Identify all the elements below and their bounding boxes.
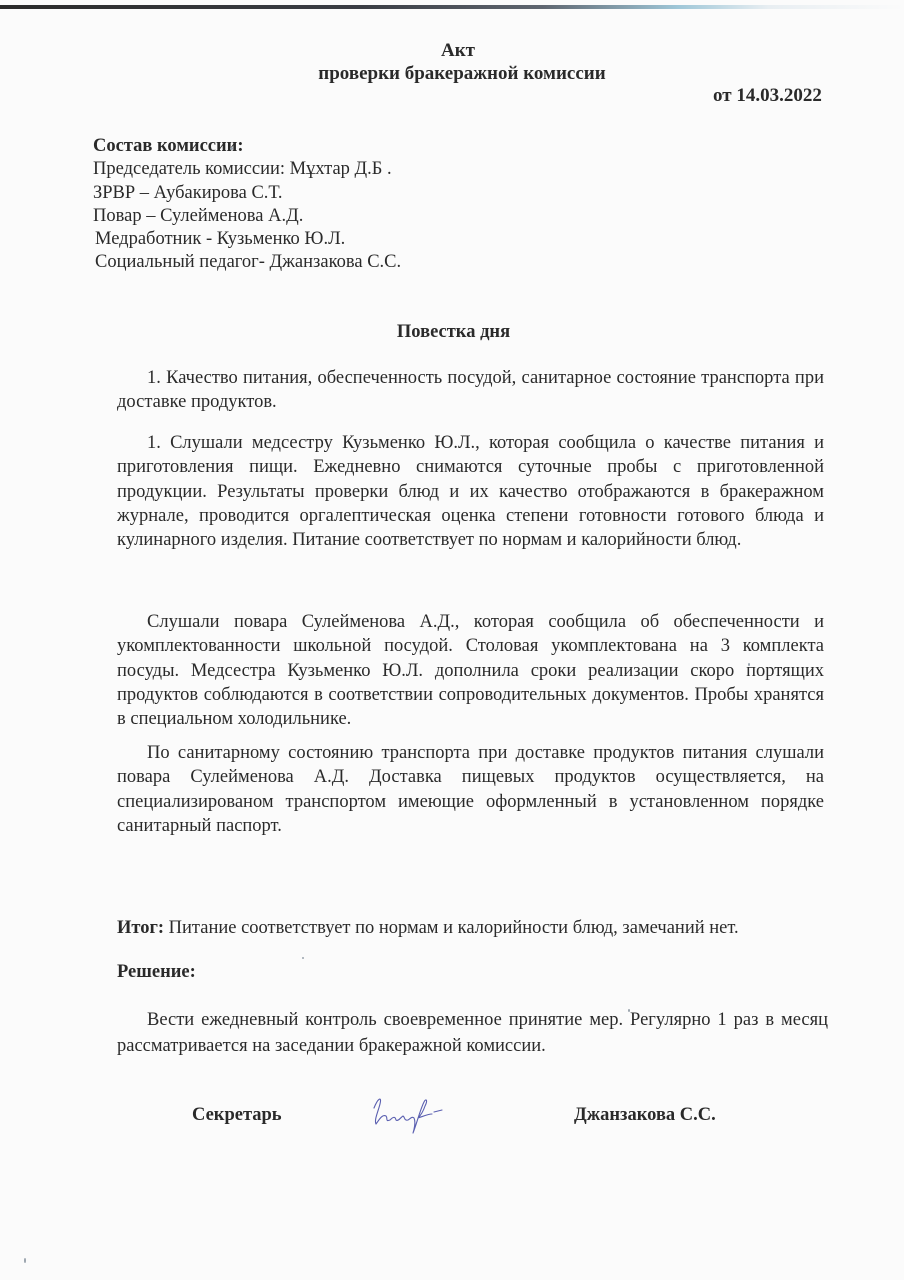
scan-speck [302, 957, 304, 959]
committee-member-cook: Повар – Сулейменова А.Д. [93, 205, 401, 228]
summary-label: Итог: [117, 918, 164, 938]
document-date: от 14.03.2022 [713, 85, 822, 107]
secretary-name: Джанзакова С.С. [574, 1105, 716, 1126]
decision-heading: Решение: [117, 962, 196, 983]
scan-speck [748, 663, 750, 666]
document-subtitle: проверки бракеражной комиссии [0, 63, 904, 85]
scan-speck [24, 1258, 26, 1263]
document-title: Акт [0, 40, 904, 62]
scan-speck [230, 147, 233, 150]
decision-text: Вести ежедневный контроль своевременное … [117, 1007, 828, 1059]
committee-member-medic: Медработник - Кузьменко Ю.Л. [93, 228, 401, 251]
committee-member-chair: Председатель комиссии: Мұхтар Д.Б . [93, 158, 401, 181]
committee-member-social-pedagogue: Социальный педагог- Джанзакова С.С. [93, 251, 401, 274]
summary-line: Итог: Питание соответствует по нормам и … [117, 918, 739, 939]
summary-text: Питание соответствует по нормам и калори… [164, 918, 739, 938]
report-paragraph-cook: Слушали повара Сулейменова А.Д., которая… [117, 610, 824, 731]
committee-section: Состав комиссии: Председатель комиссии: … [93, 135, 401, 275]
report-paragraph-medic: 1. Слушали медсестру Кузьменко Ю.Л., кот… [117, 431, 824, 552]
agenda-item: 1. Качество питания, обеспеченность посу… [117, 366, 824, 415]
signature-icon [368, 1090, 448, 1135]
scan-speck [628, 1009, 630, 1012]
report-paragraph-transport: По санитарному состоянию транспорта при … [117, 741, 824, 838]
document-page: Акт проверки бракеражной комиссии от 14.… [0, 0, 904, 1280]
committee-member-deputy: ЗРВР – Аубакирова С.Т. [93, 182, 401, 205]
committee-heading: Состав комиссии: [93, 135, 401, 158]
secretary-role: Секретарь [192, 1105, 282, 1126]
agenda-heading: Повестка дня [0, 322, 904, 343]
